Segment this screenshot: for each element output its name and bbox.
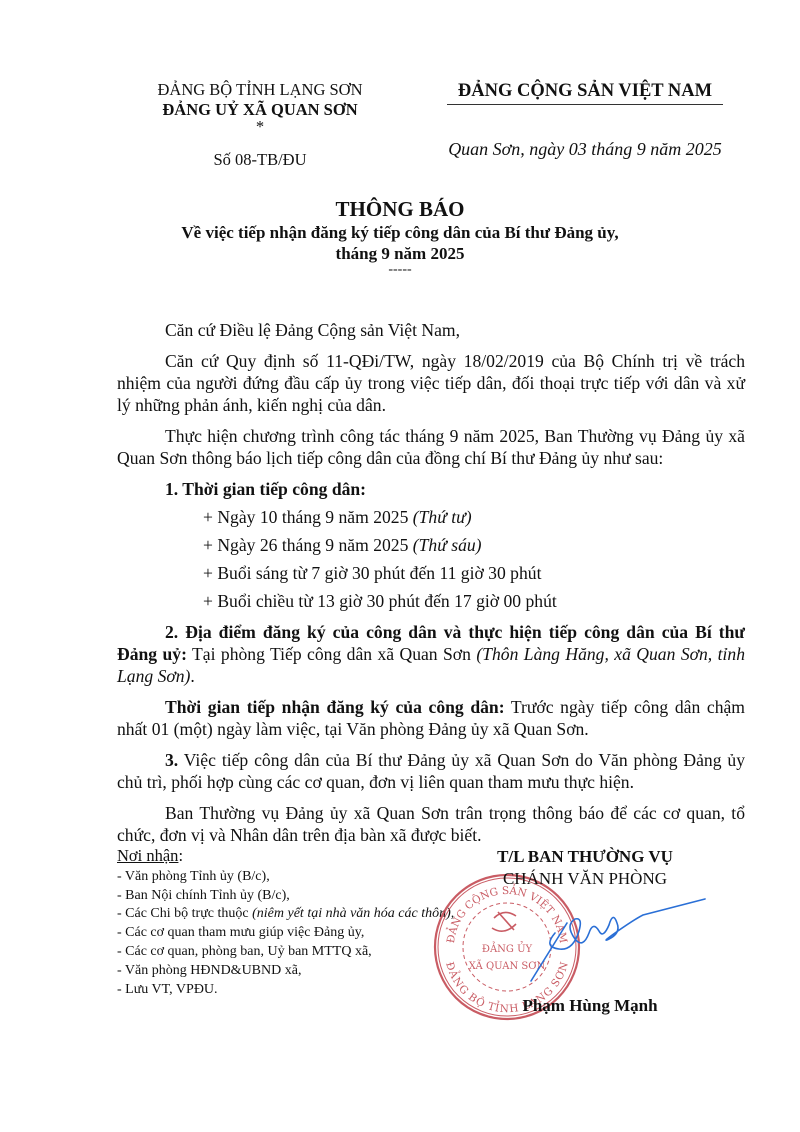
legal-basis-1: Căn cứ Điều lệ Đảng Cộng sản Việt Nam,: [117, 319, 745, 341]
section-3-text: Việc tiếp công dân của Bí thư Đảng ủy xã…: [117, 750, 745, 792]
document-title-block: THÔNG BÁO Về việc tiếp nhận đăng ký tiếp…: [100, 196, 700, 276]
document-title: THÔNG BÁO: [100, 196, 700, 222]
recipient-item: - Các cơ quan tham mưu giúp việc Đảng ủy…: [117, 924, 457, 943]
recipient-item: - Lưu VT, VPĐU.: [117, 981, 457, 1000]
schedule-item-note: (Thứ sáu): [413, 535, 482, 555]
document-subtitle-line1: Về việc tiếp nhận đăng ký tiếp công dân …: [100, 222, 700, 243]
issuing-authority: ĐẢNG BỘ TỈNH LẠNG SƠN ĐẢNG UỶ XÃ QUAN SƠ…: [120, 80, 400, 134]
schedule-item-text: + Buổi sáng từ 7 giờ 30 phút đến 11 giờ …: [203, 563, 541, 583]
party-name-underline: [447, 104, 723, 105]
schedule-item-note: (Thứ tư): [413, 507, 472, 527]
on-behalf-of: T/L BAN THƯỜNG VỤ: [480, 846, 690, 868]
recipient-item: - Văn phòng Tỉnh ủy (B/c),: [117, 868, 457, 887]
recipients-heading: Nơi nhận: [117, 846, 178, 865]
recipient-item-text: - Các Chi bộ trực thuộc: [117, 906, 252, 921]
recipient-item: - Ban Nội chính Tỉnh ủy (B/c),: [117, 887, 457, 906]
recipient-item: - Các Chi bộ trực thuộc (niêm yết tại nh…: [117, 905, 457, 924]
recipients-heading-row: Nơi nhận:: [117, 846, 457, 868]
document-number: Số 08-TB/ĐU: [120, 150, 400, 170]
signer-position: CHÁNH VĂN PHÒNG: [480, 868, 690, 890]
signer-name: Phạm Hùng Mạnh: [500, 996, 680, 1016]
schedule-item: + Ngày 10 tháng 9 năm 2025 (Thứ tư): [117, 506, 745, 528]
recipients-colon: :: [178, 846, 183, 865]
section-2: 2. Địa điểm đăng ký của công dân và thực…: [117, 621, 745, 687]
section-1-heading: 1. Thời gian tiếp công dân:: [117, 478, 745, 500]
provincial-committee: ĐẢNG BỘ TỈNH LẠNG SƠN: [120, 80, 400, 100]
legal-basis-2: Căn cứ Quy định số 11-QĐi/TW, ngày 18/02…: [117, 350, 745, 416]
recipient-item-note: (niêm yết tại nhà văn hóa các thôn),: [252, 906, 454, 921]
registration-heading: Thời gian tiếp nhận đăng ký của công dân…: [165, 697, 505, 717]
recipients-list: Nơi nhận: - Văn phòng Tỉnh ủy (B/c), - B…: [117, 846, 457, 999]
closing-paragraph: Ban Thường vụ Đảng ủy xã Quan Sơn trân t…: [117, 802, 745, 846]
schedule-item-text: + Ngày 10 tháng 9 năm 2025: [203, 507, 413, 527]
recipient-item: - Các cơ quan, phòng ban, Uỷ ban MTTQ xã…: [117, 943, 457, 962]
place-and-date: Quan Sơn, ngày 03 tháng 9 năm 2025: [430, 139, 740, 160]
star-separator: *: [120, 120, 400, 134]
handwritten-signature-icon: [525, 893, 710, 983]
party-name: ĐẢNG CỘNG SẢN VIỆT NAM: [430, 80, 740, 102]
registration-time: Thời gian tiếp nhận đăng ký của công dân…: [117, 696, 745, 740]
recipient-item: - Văn phòng HĐND&UBND xã,: [117, 962, 457, 981]
document-subtitle-line2: tháng 9 năm 2025: [100, 243, 700, 264]
schedule-item: + Ngày 26 tháng 9 năm 2025 (Thứ sáu): [117, 534, 745, 556]
intro-paragraph: Thực hiện chương trình công tác tháng 9 …: [117, 425, 745, 469]
document-body: Căn cứ Điều lệ Đảng Cộng sản Việt Nam, C…: [117, 319, 745, 846]
schedule-item-text: + Ngày 26 tháng 9 năm 2025: [203, 535, 413, 555]
party-header: ĐẢNG CỘNG SẢN VIỆT NAM: [430, 80, 740, 105]
signature-block: T/L BAN THƯỜNG VỤ CHÁNH VĂN PHÒNG: [480, 846, 690, 890]
section-2-end: .: [190, 666, 194, 686]
section-3: 3. Việc tiếp công dân của Bí thư Đảng ủy…: [117, 749, 745, 793]
schedule-item: + Buổi sáng từ 7 giờ 30 phút đến 11 giờ …: [117, 562, 745, 584]
schedule-item: + Buổi chiều từ 13 giờ 30 phút đến 17 gi…: [117, 590, 745, 612]
schedule-item-text: + Buổi chiều từ 13 giờ 30 phút đến 17 gi…: [203, 591, 557, 611]
title-separator: -----: [100, 264, 700, 276]
section-3-number: 3.: [165, 750, 178, 770]
section-2-text: Tại phòng Tiếp công dân xã Quan Sơn: [187, 644, 476, 664]
